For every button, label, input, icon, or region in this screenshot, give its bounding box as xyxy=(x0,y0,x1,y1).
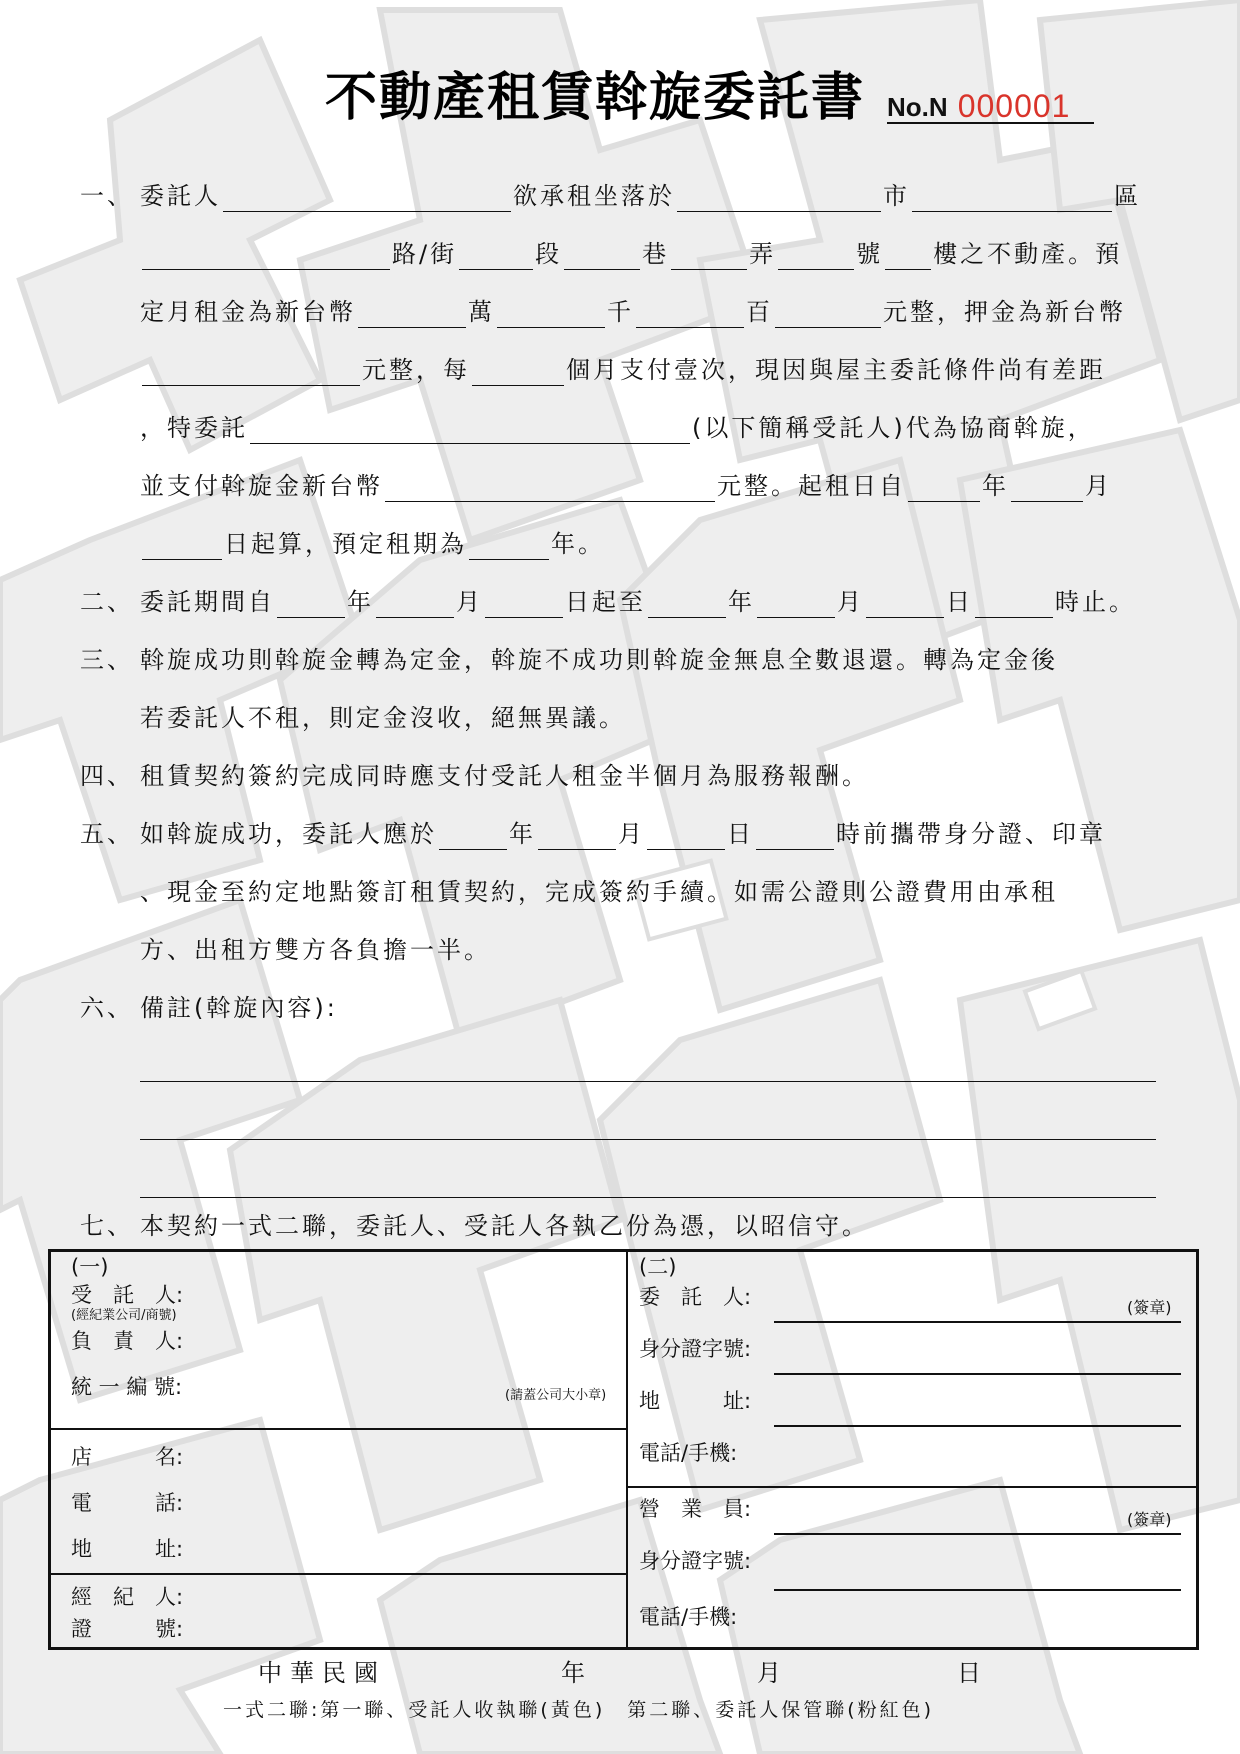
store-name-label: 店 名: xyxy=(71,1444,183,1470)
client-phone-label: 電話/手機: xyxy=(639,1440,737,1466)
section7-number: 七、 xyxy=(80,1210,140,1242)
section6-text: 備註(斡旋內容): xyxy=(140,992,338,1024)
agent-label: 經 紀 人: xyxy=(71,1584,183,1610)
section3-text2: 若委託人不租，則定金沒收，絕無異議。 xyxy=(140,702,626,734)
document-number: No.N 000001 xyxy=(887,90,1094,124)
label-mediation-fee: 並支付斡旋金新台幣 xyxy=(140,470,383,502)
label-hundred: 百 xyxy=(746,296,773,328)
label-city: 市 xyxy=(883,180,910,212)
client-id-field[interactable] xyxy=(774,1373,1181,1375)
right-divider-1 xyxy=(627,1486,1196,1488)
trustee-name-field[interactable] xyxy=(250,418,690,444)
trustee-note: (經紀業公司/商號) xyxy=(71,1308,177,1324)
section3-number: 三、 xyxy=(80,644,140,676)
section-field[interactable] xyxy=(459,244,533,270)
label-to-day: 日 xyxy=(946,586,973,618)
section6-number: 六、 xyxy=(80,992,140,1024)
sign-month-field[interactable] xyxy=(538,824,616,850)
page-title: 不動產租賃斡旋委託書 xyxy=(325,66,865,130)
payment-months-field[interactable] xyxy=(472,360,564,386)
section2-line: 二、 委託期間自 年 月 日起至 年 月 日 時止。 xyxy=(80,578,1136,618)
label-alley: 弄 xyxy=(749,238,776,270)
left-divider-1 xyxy=(51,1428,627,1430)
remarks-line-1[interactable] xyxy=(140,1081,1156,1082)
label-to-month: 月 xyxy=(837,586,864,618)
client-id-label: 身分證字號: xyxy=(639,1336,751,1362)
from-year-field[interactable] xyxy=(277,592,345,618)
number-field[interactable] xyxy=(778,244,854,270)
remarks-line-3[interactable] xyxy=(140,1197,1156,1198)
sales-signature-field[interactable] xyxy=(774,1533,1181,1535)
rent-thousand-field[interactable] xyxy=(497,302,605,328)
rent-ten-thousand-field[interactable] xyxy=(358,302,466,328)
label-located-at: 欲承租坐落於 xyxy=(513,180,675,212)
date-month: 月 xyxy=(757,1657,789,1689)
trustee-label: 受 託 人: xyxy=(71,1282,183,1308)
sales-sign-note: (簽章) xyxy=(1127,1512,1172,1528)
document-number-prefix: No.N xyxy=(887,92,948,122)
license-label: 證 號: xyxy=(71,1616,183,1642)
label-start-date: 元整。起租日自 xyxy=(717,470,906,502)
section6-line: 六、 備註(斡旋內容): xyxy=(80,984,338,1024)
label-district: 區 xyxy=(1114,180,1141,212)
client-label: 委 託 人: xyxy=(639,1284,751,1310)
store-address-label: 地 址: xyxy=(71,1536,183,1562)
date-era: 中華民國 xyxy=(258,1657,386,1689)
start-day-field[interactable] xyxy=(142,534,222,560)
remarks-line-2[interactable] xyxy=(140,1139,1156,1140)
section1-line5: ，特委託 (以下簡稱受託人)代為協商斡旋， xyxy=(140,404,1095,444)
label-from-month: 月 xyxy=(456,586,483,618)
section3-line1: 三、 斡旋成功則斡旋金轉為定金，斡旋不成功則斡旋金無息全數退還。轉為定金後 xyxy=(80,636,1058,676)
section1-line4: 元整，每 個月支付壹次，現因與屋主委託條件尚有差距 xyxy=(140,346,1106,386)
party1-heading: (一) xyxy=(71,1254,108,1280)
section7-text: 本契約一式二聯，委託人、受託人各執乙份為憑，以昭信守。 xyxy=(140,1210,869,1242)
document-number-value: 000001 xyxy=(958,90,1071,122)
section7-line: 七、 本契約一式二聯，委託人、受託人各執乙份為憑，以昭信守。 xyxy=(80,1202,869,1242)
client-sign-note: (簽章) xyxy=(1127,1300,1172,1316)
label-road: 路/街 xyxy=(392,238,457,270)
store-phone-label: 電 話: xyxy=(71,1490,183,1516)
section1-line6: 並支付斡旋金新台幣 元整。起租日自 年 月 xyxy=(140,462,1112,502)
rent-unit-field[interactable] xyxy=(775,302,881,328)
section4-text: 租賃契約簽約完成同時應支付受託人租金半個月為服務報酬。 xyxy=(140,760,869,792)
section1-line1: 一、 委託人 欲承租坐落於 市 區 xyxy=(80,172,1141,212)
lane-field[interactable] xyxy=(564,244,640,270)
section2-number: 二、 xyxy=(80,586,140,618)
road-field[interactable] xyxy=(142,244,390,270)
label-bring-id: 時前攜帶身分證、印章 xyxy=(836,818,1106,850)
deposit-amount-field[interactable] xyxy=(142,360,360,386)
to-day-field[interactable] xyxy=(866,592,944,618)
client-address-label: 地 址: xyxy=(639,1388,751,1414)
section3-text1: 斡旋成功則斡旋金轉為定金，斡旋不成功則斡旋金無息全數退還。轉為定金後 xyxy=(140,644,1058,676)
client-signature-field[interactable] xyxy=(774,1321,1181,1323)
label-entrust: ，特委託 xyxy=(140,412,248,444)
section1-number: 一、 xyxy=(80,180,140,212)
section5-text2: 、現金至約定地點簽訂租賃契約，完成簽約手續。如需公證則公證費用由承租 xyxy=(140,876,1058,908)
label-section: 段 xyxy=(535,238,562,270)
mediation-fee-field[interactable] xyxy=(385,476,715,502)
section4-number: 四、 xyxy=(80,760,140,792)
district-field[interactable] xyxy=(912,186,1112,212)
signature-box: (一) 受 託 人: (經紀業公司/商號) 負 責 人: 統 一 編 號: (請… xyxy=(48,1249,1199,1650)
label-to-year: 年 xyxy=(728,586,755,618)
section5-line2: 、現金至約定地點簽訂租賃契約，完成簽約手續。如需公證則公證費用由承租 xyxy=(140,868,1058,908)
client-name-field[interactable] xyxy=(223,186,511,212)
label-to-hour: 時止。 xyxy=(1055,586,1136,618)
label-every: 元整，每 xyxy=(362,354,470,386)
label-monthly-rent: 定月租金為新台幣 xyxy=(140,296,356,328)
title-row: 不動產租賃斡旋委託書 No.N 000001 xyxy=(325,66,1094,130)
section5-line3: 方、出租方雙方各負擔一半。 xyxy=(140,926,491,966)
label-floor: 樓之不動產。預 xyxy=(933,238,1122,270)
date-day: 日 xyxy=(957,1657,989,1689)
city-field[interactable] xyxy=(677,186,881,212)
label-sign-day: 日 xyxy=(727,818,754,850)
label-lease-term: 日起算，預定租期為 xyxy=(224,528,467,560)
label-client: 委託人 xyxy=(140,180,221,212)
section1-line7: 日起算，預定租期為 年。 xyxy=(140,520,605,560)
label-sign-year: 年 xyxy=(509,818,536,850)
manager-label: 負 責 人: xyxy=(71,1328,183,1354)
section5-line1: 五、 如斡旋成功，委託人應於 年 月 日 時前攜帶身分證、印章 xyxy=(80,810,1106,850)
lease-years-field[interactable] xyxy=(469,534,549,560)
section5-text3: 方、出租方雙方各負擔一半。 xyxy=(140,934,491,966)
label-month: 月 xyxy=(1085,470,1112,502)
section1-line3: 定月租金為新台幣 萬 千 百 元整，押金為新台幣 xyxy=(140,288,1126,328)
start-month-field[interactable] xyxy=(1011,476,1083,502)
label-lane: 巷 xyxy=(642,238,669,270)
start-year-field[interactable] xyxy=(908,476,980,502)
to-year-field[interactable] xyxy=(648,592,726,618)
to-month-field[interactable] xyxy=(757,592,835,618)
section1-line2: 路/街 段 巷 弄 號 樓之不動產。預 xyxy=(140,230,1122,270)
label-client-should: 如斡旋成功，委託人應於 xyxy=(140,818,437,850)
section4-line: 四、 租賃契約簽約完成同時應支付受託人租金半個月為服務報酬。 xyxy=(80,752,869,792)
sales-id-field[interactable] xyxy=(774,1589,1181,1591)
sales-phone-label: 電話/手機: xyxy=(639,1604,737,1630)
commission-form: 不動產租賃斡旋委託書 No.N 000001 一、 委託人 欲承租坐落於 市 區… xyxy=(0,0,1240,1754)
label-from-year: 年 xyxy=(347,586,374,618)
label-period-from: 委託期間自 xyxy=(140,586,275,618)
floor-field[interactable] xyxy=(885,244,931,270)
client-address-field[interactable] xyxy=(774,1425,1181,1427)
rent-hundred-field[interactable] xyxy=(636,302,744,328)
section5-number: 五、 xyxy=(80,818,140,850)
to-hour-field[interactable] xyxy=(975,592,1053,618)
company-stamp-note: (請蓋公司大小章) xyxy=(505,1388,606,1404)
label-number: 號 xyxy=(856,238,883,270)
alley-field[interactable] xyxy=(671,244,747,270)
from-month-field[interactable] xyxy=(376,592,454,618)
party2-heading: (二) xyxy=(639,1254,676,1280)
label-sign-month: 月 xyxy=(618,818,645,850)
label-thousand: 千 xyxy=(607,296,634,328)
date-year: 年 xyxy=(561,1657,593,1689)
column-divider xyxy=(626,1252,628,1647)
copies-note: 一式二聯:第一聯、受託人收執聯(黃色) 第二聯、委託人保管聯(粉紅色) xyxy=(223,1697,934,1723)
label-years: 年。 xyxy=(551,528,605,560)
sales-id-label: 身分證字號: xyxy=(639,1548,751,1574)
label-deposit: 元整，押金為新台幣 xyxy=(883,296,1126,328)
label-trustee-def: (以下簡稱受託人)代為協商斡旋， xyxy=(692,412,1095,444)
label-ten-thousand: 萬 xyxy=(468,296,495,328)
label-year: 年 xyxy=(982,470,1009,502)
sales-label: 營 業 員: xyxy=(639,1496,751,1522)
from-day-field[interactable] xyxy=(485,592,563,618)
section3-line2: 若委託人不租，則定金沒收，絕無異議。 xyxy=(140,694,626,734)
label-payment-terms: 個月支付壹次，現因與屋主委託條件尚有差距 xyxy=(566,354,1106,386)
sign-hour-field[interactable] xyxy=(756,824,834,850)
tax-id-label: 統 一 編 號: xyxy=(71,1374,182,1400)
sign-day-field[interactable] xyxy=(647,824,725,850)
sign-year-field[interactable] xyxy=(439,824,507,850)
left-divider-2 xyxy=(51,1573,627,1575)
label-to: 日起至 xyxy=(565,586,646,618)
